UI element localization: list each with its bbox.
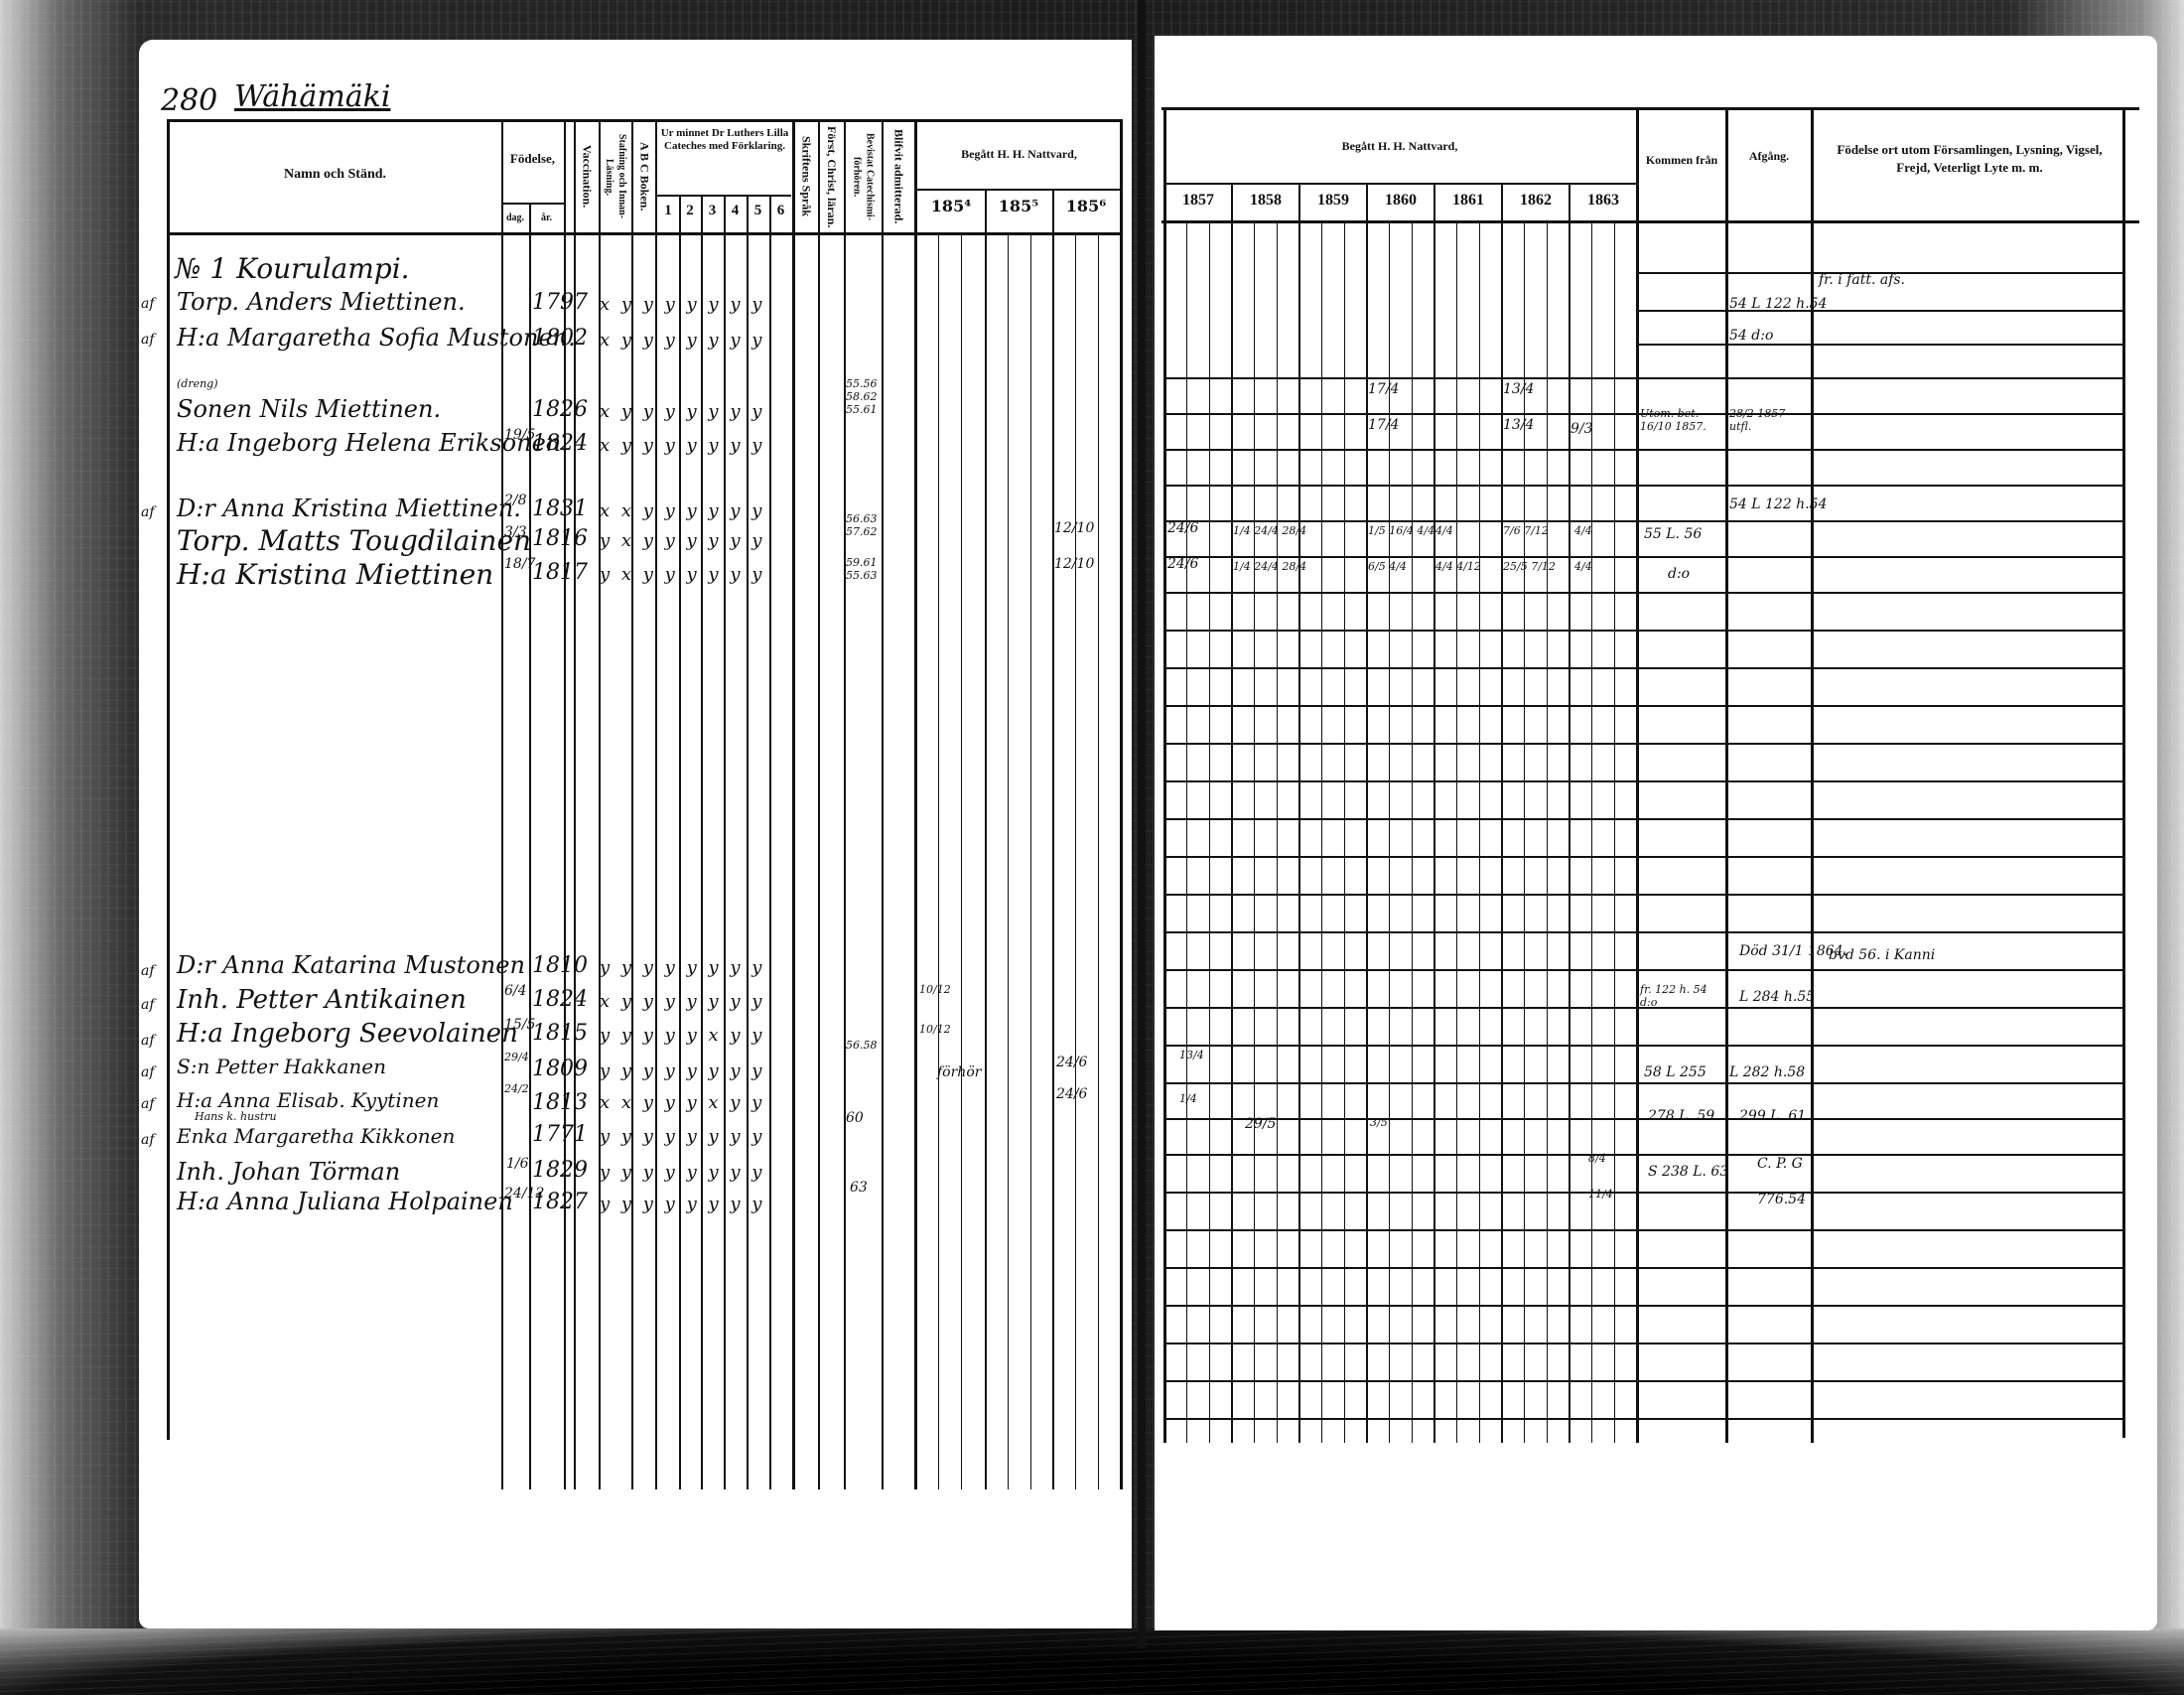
entry-remarks: bvd 56. i Kanni: [1829, 947, 1935, 963]
col-rule: [1725, 107, 1728, 1443]
row-rule: [1165, 818, 2122, 820]
col-rule: [1412, 220, 1413, 1443]
col-rule: [1479, 220, 1480, 1443]
header-abc-book: A B C Boken.: [633, 127, 655, 226]
entry-birth-year: 1802: [532, 326, 588, 351]
row-rule: [1165, 449, 2122, 451]
entry-note: (dreng): [177, 377, 218, 390]
entry-birth-year: 1810: [532, 953, 588, 978]
header-year-1858: 1858: [1233, 193, 1298, 208]
entry-communion-1857: 13/4: [1179, 1049, 1204, 1061]
col-rule: [1209, 220, 1210, 1443]
col-rule: [655, 119, 657, 1489]
col-rule: [1321, 220, 1322, 1443]
margin-note: af: [141, 1033, 155, 1049]
entry-communion-1854: 10/12: [919, 1023, 951, 1036]
header-bottom-rule-right: [1161, 220, 2139, 223]
header-bottom-rule: [167, 232, 1122, 235]
entry-marks: y y y y y y y y: [600, 1194, 761, 1214]
entry-communion-1857: 1/4: [1179, 1092, 1197, 1105]
entry-name: S:n Petter Hakkanen: [177, 1055, 386, 1078]
header-reading: Stafning och Innan-Läsning.: [601, 127, 630, 226]
margin-note: af: [141, 1064, 155, 1080]
entry-name: H:a Anna Elisab. Kyytinen: [177, 1088, 439, 1112]
entry-birth-year: 1827: [532, 1190, 588, 1214]
row-rule: [1638, 310, 2122, 312]
col-rule: [844, 119, 846, 1489]
col-rule: [1075, 232, 1076, 1489]
entry-communion-1858: 1/4 24/4 28/4: [1233, 560, 1306, 573]
header-communion-left: Begått H. H. Nattvard,: [916, 147, 1122, 162]
row-rule: [1165, 1380, 2122, 1382]
header-remarks: Födelse ort utom Församlingen, Lysning, …: [1823, 141, 2116, 177]
margin-note: af: [141, 997, 155, 1013]
row-rule: [1165, 1082, 2122, 1084]
entry-birth-day: 19/5: [504, 427, 535, 443]
row-rule: [1165, 856, 2122, 858]
entry-birth-day: 18/7: [504, 556, 535, 572]
entry-marks: x y y y y y y y: [600, 294, 761, 315]
entry-departed: 299 L. 61.: [1739, 1108, 1811, 1124]
row-rule: [1165, 705, 2122, 707]
village-name: Wähämäki: [234, 79, 390, 114]
entry-marks: y x y y y y y y: [600, 564, 761, 585]
header-year-1862: 1862: [1503, 193, 1569, 208]
row-rule: [1165, 1342, 2122, 1344]
col-rule: [724, 195, 726, 1489]
entry-name: Sonen Nils Miettinen.: [177, 395, 441, 423]
entry-communion-1863: 8/4: [1588, 1152, 1606, 1165]
entry-birth-day: 6/4: [504, 983, 527, 999]
entry-communion-1857: 24/6: [1167, 556, 1198, 572]
entry-marks: x y y y y y y y: [600, 991, 761, 1012]
entry-marks: y y y y y y y y: [600, 1060, 761, 1081]
header-cat-6: 6: [769, 204, 792, 218]
entry-communion-1856: 12/10: [1054, 556, 1094, 572]
col-rule: [1501, 183, 1503, 1443]
col-rule: [701, 195, 703, 1489]
entry-name: D:r Anna Katarina Mustonen: [177, 951, 525, 979]
entry-communion-note: förhör: [937, 1064, 981, 1080]
entry-communion-1862: 13/4: [1503, 381, 1534, 397]
header-vaccination: Vaccination.: [576, 127, 598, 226]
entry-communion-1860: 17/4: [1368, 381, 1399, 397]
header-year-1857: 1857: [1165, 193, 1231, 208]
row-rule: [1165, 630, 2122, 632]
row-rule: [1165, 556, 2122, 558]
col-rule: [1008, 232, 1009, 1489]
entry-communion-1860: 1/5 16/4 4/4: [1368, 524, 1434, 537]
row-rule: [1165, 1045, 2122, 1047]
entry-birth-year: 1771: [532, 1122, 588, 1147]
entry-communion-1860: 3/5: [1370, 1116, 1388, 1129]
row-rule: [1165, 1305, 2122, 1307]
entry-name: Enka Margaretha Kikkonen: [177, 1124, 455, 1148]
entry-name: H:a Anna Juliana Holpainen: [177, 1188, 513, 1215]
col-rule: [1231, 183, 1233, 1443]
entry-catechism-attendance: 56.58: [846, 1039, 878, 1052]
header-cat-5: 5: [747, 204, 769, 218]
entry-birth-year: 1831: [532, 496, 588, 521]
header-cat-3: 3: [701, 204, 724, 218]
entry-communion-1856: 24/6: [1056, 1086, 1087, 1102]
row-rule: [1165, 667, 2122, 669]
entry-note: Hans k. hustru: [195, 1110, 277, 1123]
entry-birth-year: 1826: [532, 397, 588, 422]
entry-remarks: fr. i fatt. afs.: [1819, 272, 1905, 288]
col-rule: [529, 203, 531, 1489]
communion-subheader-rule: [916, 189, 1122, 191]
col-rule: [914, 119, 917, 1489]
col-rule: [1456, 220, 1457, 1443]
header-christian-doctrine: Först, Christ, läran.: [820, 123, 843, 230]
entry-communion-1863: 11/4: [1588, 1188, 1613, 1201]
entry-departed: 776.54: [1757, 1192, 1806, 1207]
entry-communion-1854: 10/12: [919, 983, 951, 996]
col-rule: [818, 119, 820, 1489]
entry-marks: x x y y y x y y: [600, 1092, 761, 1113]
header-year-1854: 185⁴: [918, 199, 984, 213]
col-rule: [769, 195, 771, 1489]
entry-arrived: 278 L. 59.: [1648, 1108, 1719, 1124]
entry-communion-1861: 4/4 4/12: [1435, 560, 1481, 573]
entry-name: H:a Kristina Miettinen: [177, 558, 493, 591]
entry-name: Inh. Petter Antikainen: [177, 985, 467, 1015]
header-year-1856: 185⁶: [1053, 199, 1119, 213]
entry-communion-1860: 17/4: [1368, 417, 1399, 433]
entry-marks: y y y y y y y y: [600, 1162, 761, 1183]
row-rule: [1165, 1229, 2122, 1231]
header-arrived-from: Kommen från: [1640, 149, 1723, 171]
entry-birth-year: 1824: [532, 987, 588, 1012]
entry-name: H:a Ingeborg Seevolainen: [177, 1019, 518, 1049]
table-top-rule-right: [1161, 107, 2139, 110]
entry-departed: 54 d:o: [1729, 328, 1773, 344]
col-rule: [1636, 107, 1639, 1443]
entry-communion-1863: 4/4: [1574, 560, 1592, 573]
entry-arrived: d:o: [1668, 566, 1690, 582]
entry-communion-1862: 25/5 7/12: [1503, 560, 1556, 573]
col-rule: [2122, 107, 2125, 1438]
entry-catechism-attendance: 60: [846, 1110, 864, 1126]
col-rule: [882, 119, 884, 1489]
entry-marks: y y y y y y y y: [600, 957, 761, 978]
entry-communion-1856: 24/6: [1056, 1055, 1087, 1070]
col-rule: [1030, 232, 1031, 1489]
col-rule: [1098, 232, 1099, 1489]
header-departed: Afgång.: [1729, 149, 1809, 164]
entry-birth-year: 1813: [532, 1090, 588, 1115]
entry-marks: x y y y y y y y: [600, 330, 761, 351]
entry-birth-day: 3/3: [504, 524, 527, 540]
col-rule: [1052, 189, 1054, 1489]
entry-communion-1862: 13/4: [1503, 417, 1534, 433]
communion-subheader-rule-right: [1163, 183, 1636, 185]
entry-departed: C. P. G: [1757, 1156, 1803, 1172]
margin-note: af: [141, 963, 155, 979]
col-rule: [961, 232, 962, 1489]
entry-birth-year: 1809: [532, 1057, 588, 1081]
col-rule: [1298, 183, 1300, 1443]
entry-birth-year: 1816: [532, 526, 588, 551]
header-catechism-attendance: Bevistat Catechismi-förhören.: [846, 123, 881, 230]
entry-birth-day: 15/5: [504, 1017, 535, 1033]
row-rule: [1638, 344, 2122, 346]
entry-departed: 28/2 1857 utfl.: [1729, 407, 1809, 433]
entry-communion-1863: 4/4: [1574, 524, 1592, 537]
margin-note: af: [141, 1132, 155, 1148]
entry-name: H:a Margaretha Sofia Mustonen.: [177, 324, 576, 352]
entry-marks: x y y y y y y y: [600, 401, 761, 422]
header-cat-2: 2: [679, 204, 701, 218]
entry-departed: L 284 h.55: [1739, 989, 1815, 1005]
entry-catechism-attendance: 59.61 55.63: [846, 556, 882, 582]
row-rule: [1165, 931, 2122, 933]
page-number: 280: [161, 83, 217, 118]
row-rule: [1165, 743, 2122, 745]
col-rule: [747, 195, 749, 1489]
book-spine: [1138, 0, 1146, 1648]
household-title: № 1 Kourulampi.: [175, 252, 410, 285]
col-rule: [1591, 220, 1592, 1443]
entry-departed: 54 L 122 h.54: [1729, 296, 1827, 312]
row-rule: [1165, 894, 2122, 896]
entry-communion-1856: 12/10: [1054, 520, 1094, 536]
header-year-1861: 1861: [1435, 193, 1501, 208]
entry-birth-year: 1817: [532, 560, 588, 585]
header-catechism: Ur minnet Dr Luthers Lilla Cateches med …: [657, 127, 792, 153]
entry-marks: y y y y y y y y: [600, 1126, 761, 1147]
header-birth-year: år.: [529, 211, 564, 225]
header-admitted: Blifvit admitterad.: [884, 123, 913, 230]
right-page: [1155, 36, 2157, 1630]
header-year-1863: 1863: [1570, 193, 1636, 208]
entry-birth-year: 1815: [532, 1021, 588, 1046]
margin-note: af: [141, 1096, 155, 1112]
entry-marks: x x y y y y y y: [600, 500, 761, 521]
entry-arrived: 55 L. 56: [1644, 526, 1702, 542]
entry-arrived: Utom. bet. 16/10 1857.: [1640, 407, 1723, 433]
header-year-1859: 1859: [1300, 193, 1366, 208]
row-rule: [1165, 1267, 2122, 1269]
col-rule: [985, 189, 987, 1489]
entry-birth-day: 2/8: [504, 493, 527, 508]
entry-marks: y y y y y x y y: [600, 1025, 761, 1046]
scan-bottom-edge: [0, 1628, 2184, 1695]
header-communion-right: Begått H. H. Nattvard,: [1163, 139, 1636, 154]
col-rule: [1186, 220, 1187, 1443]
col-rule: [1254, 220, 1255, 1443]
header-birth-day: dag.: [501, 211, 529, 225]
row-rule: [1165, 780, 2122, 782]
row-rule: [1165, 969, 2122, 971]
margin-note: af: [141, 296, 155, 312]
entry-birth-year: 1824: [532, 431, 588, 456]
entry-birth-year: 1797: [532, 290, 588, 315]
birth-subheader-rule: [501, 203, 564, 205]
entry-catechism-attendance: 56.63 57.62: [846, 512, 882, 538]
col-rule: [938, 232, 939, 1489]
entry-communion-1858: 1/4 24/4 28/4: [1233, 524, 1306, 537]
header-year-1860: 1860: [1368, 193, 1433, 208]
entry-name: Inh. Johan Törman: [177, 1158, 400, 1186]
row-rule: [1165, 592, 2122, 594]
col-rule: [1569, 183, 1570, 1443]
col-rule: [1344, 220, 1345, 1443]
entry-arrived: 58 L 255: [1644, 1064, 1706, 1080]
entry-communion-1857: 24/6: [1167, 520, 1198, 536]
col-rule: [1614, 220, 1615, 1443]
col-rule: [792, 119, 795, 1489]
col-rule: [1277, 220, 1278, 1443]
col-rule: [1366, 183, 1368, 1443]
col-rule: [1433, 183, 1435, 1443]
entry-catechism-attendance: 63: [850, 1180, 868, 1196]
entry-communion-1858: 29/5: [1245, 1116, 1276, 1132]
entry-birth-day: 29/4: [504, 1051, 529, 1063]
entry-arrived: fr. 122 h. 54 d:o: [1640, 983, 1723, 1009]
entry-name: D:r Anna Kristina Miettinen.: [177, 494, 521, 522]
row-rule: [1165, 1418, 2122, 1420]
entry-birth-day: 1/6: [506, 1156, 529, 1172]
col-rule: [1163, 107, 1166, 1443]
col-rule: [1389, 220, 1390, 1443]
entry-arrived: S 238 L. 63: [1648, 1164, 1728, 1180]
entry-name: Torp. Anders Miettinen.: [177, 288, 466, 316]
col-rule: [1524, 220, 1525, 1443]
row-rule: [1165, 1154, 2122, 1156]
entry-name: Torp. Matts Tougdilainen: [177, 524, 531, 557]
header-cat-4: 4: [724, 204, 747, 218]
entry-communion-1860: 6/5 4/4: [1368, 560, 1407, 573]
col-rule: [631, 119, 633, 1489]
entry-marks: y x y y y y y y: [600, 530, 761, 551]
entry-departed: L 282 h.58: [1729, 1064, 1805, 1080]
col-rule: [167, 119, 170, 1440]
col-rule: [1547, 220, 1548, 1443]
entry-communion-1861: 4/4: [1435, 524, 1453, 537]
header-birth: Födelse,: [501, 151, 564, 166]
margin-note: af: [141, 332, 155, 348]
table-top-rule: [167, 119, 1122, 122]
entry-departed: 54 L 122 h.54: [1729, 496, 1827, 512]
row-rule: [1165, 377, 2122, 379]
col-rule: [1120, 119, 1123, 1489]
col-rule: [679, 195, 681, 1489]
row-rule: [1165, 485, 2122, 487]
col-rule: [599, 119, 601, 1489]
header-cat-1: 1: [657, 204, 679, 218]
entry-marks: x y y y y y y y: [600, 435, 761, 456]
entry-communion-1862: 7/6 7/12: [1503, 524, 1549, 537]
entry-catechism-attendance: 55.56 58.62 55.61: [846, 377, 882, 416]
entry-birth-year: 1829: [532, 1158, 588, 1183]
margin-note: af: [141, 504, 155, 520]
entry-birth-day: 24/2: [504, 1082, 529, 1095]
row-rule: [1165, 1118, 2122, 1120]
row-rule: [1165, 1192, 2122, 1194]
header-scripture: Skriftens Språk: [795, 123, 817, 230]
row-rule: [1165, 520, 2122, 522]
header-name-status: Namn och Ständ.: [169, 167, 501, 182]
header-year-1855: 185⁵: [986, 199, 1051, 213]
entry-communion-1863: 9/3: [1570, 421, 1593, 437]
